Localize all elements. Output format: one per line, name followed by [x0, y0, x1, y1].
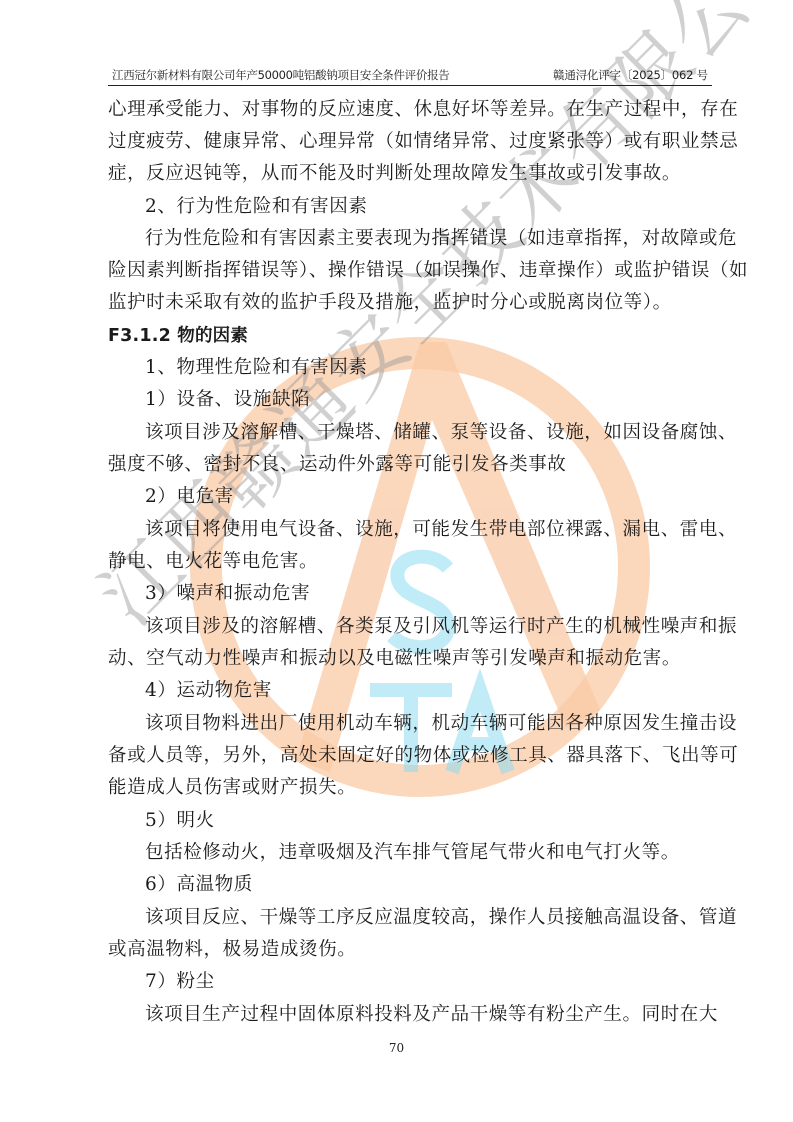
item-heading-equipment-defects: 1）设备、设施缺陷 [145, 384, 310, 416]
item-heading-moving-objects: 4）运动物危害 [145, 675, 272, 707]
item-heading-high-temperature: 6）高温物质 [145, 869, 253, 901]
paragraph-line: 该项目涉及的溶解槽、各类泵及引风机等运行时产生的机械性噪声和振 [145, 611, 737, 643]
report-title: 江西冠尔新材料有限公司年产50000吨铝酸钠项目安全条件评价报告 [112, 67, 449, 83]
paragraph-line: 能造成人员伤害或财产损失。 [108, 772, 356, 804]
paragraph-line: 备或人员等，另外，高处未固定好的物体或检修工具、器具落下、飞出等可 [108, 740, 738, 772]
item-heading-open-flame: 5）明火 [145, 805, 215, 837]
paragraph-line: 心理承受能力、对事物的反应速度、休息好坏等差异。在生产过程中，存在 [108, 94, 738, 126]
page-number: 70 [0, 1041, 793, 1055]
paragraph-line: 包括检修动火，违章吸烟及汽车排气管尾气带火和电气打火等。 [145, 837, 680, 869]
page-header: 江西冠尔新材料有限公司年产50000吨铝酸钠项目安全条件评价报告 赣通浔化评字〔… [108, 64, 712, 86]
paragraph-line: 症，反应迟钝等，从而不能及时判断处理故障发生事故或引发事故。 [108, 158, 681, 190]
paragraph-line: 动、空气动力性噪声和振动以及电磁性噪声等引发噪声和振动危害。 [108, 643, 681, 675]
paragraph-line: 过度疲劳、健康异常、心理异常（如情绪异常、过度紧张等）或有职业禁忌 [108, 126, 738, 158]
paragraph-line: 该项目涉及溶解槽、干燥塔、储罐、泵等设备、设施，如因设备腐蚀、 [145, 417, 737, 449]
paragraph-line: 静电、电火花等电危害。 [108, 546, 318, 578]
paragraph-line: 险因素判断指挥错误等）、操作错误（如误操作、违章操作）或监护错误（如 [108, 255, 748, 287]
paragraph-line: 行为性危险和有害因素主要表现为指挥错误（如违章指挥，对故障或危 [145, 223, 737, 255]
paragraph-line: 强度不够、密封不良、运动件外露等可能引发各类事故 [108, 449, 566, 481]
paragraph-line: 该项目生产过程中固体原料投料及产品干燥等有粉尘产生。同时在大 [145, 999, 718, 1031]
paragraph-line: 监护时未采取有效的监护手段及措施，监护时分心或脱离岗位等）。 [108, 287, 672, 319]
item-heading-electrical-hazard: 2）电危害 [145, 481, 234, 513]
subheading-physical-hazards: 1、物理性危险和有害因素 [145, 352, 367, 384]
document-page: 江西赣通安全技术有限公司 江西冠尔新材料有限公司年产50000吨铝酸钠项目安全条… [0, 0, 793, 1122]
paragraph-line: 或高温物料，极易造成烫伤。 [108, 934, 356, 966]
paragraph-line: 该项目将使用电气设备、设施，可能发生带电部位裸露、漏电、雷电、 [145, 514, 737, 546]
subheading-behavioral-hazards: 2、行为性危险和有害因素 [145, 191, 367, 223]
item-heading-dust: 7）粉尘 [145, 966, 215, 998]
section-heading-f3-1-2: F3.1.2 物的因素 [108, 320, 248, 352]
report-number: 赣通浔化评字〔2025〕062 号 [553, 67, 708, 83]
paragraph-line: 该项目物料进出厂使用机动车辆，机动车辆可能因各种原因发生撞击设 [145, 708, 737, 740]
item-heading-noise-vibration: 3）噪声和振动危害 [145, 578, 310, 610]
paragraph-line: 该项目反应、干燥等工序反应温度较高，操作人员接触高温设备、管道 [145, 902, 737, 934]
